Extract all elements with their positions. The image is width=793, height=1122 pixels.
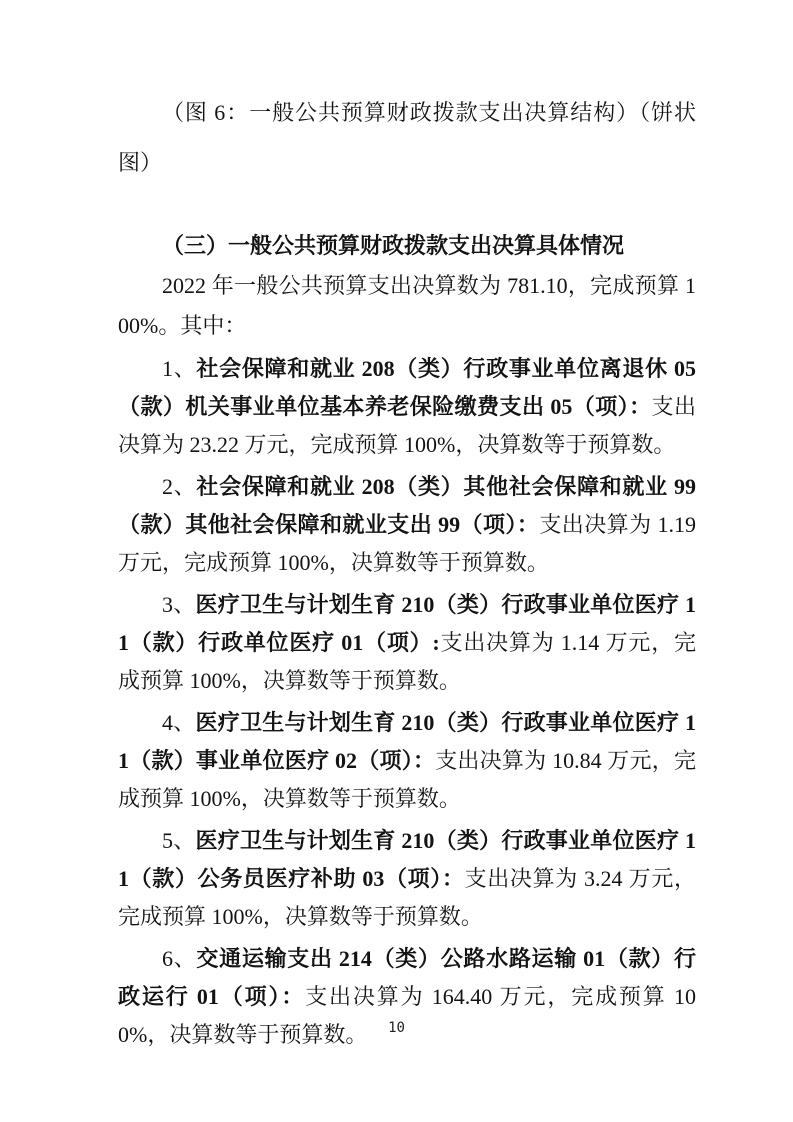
item-number: 2、 xyxy=(162,474,196,499)
list-item: 1、社会保障和就业 208（类）行政事业单位离退休 05（款）机关事业单位基本养… xyxy=(118,350,696,464)
list-item: 3、医疗卫生与计划生育 210（类）行政事业单位医疗 11（款）行政单位医疗 0… xyxy=(118,586,696,700)
item-number: 4、 xyxy=(162,710,195,735)
list-item: 5、医疗卫生与计划生育 210（类）行政事业单位医疗 11（款）公务员医疗补助 … xyxy=(118,822,696,936)
item-number: 3、 xyxy=(162,592,195,617)
intro-paragraph: 2022 年一般公共预算支出决算数为 781.10，完成预算 100%。其中： xyxy=(118,266,696,346)
list-item: 2、社会保障和就业 208（类）其他社会保障和就业 99（款）其他社会保障和就业… xyxy=(118,468,696,582)
item-number: 6、 xyxy=(162,946,196,971)
figure-caption: （图 6：一般公共预算财政拨款支出决算结构）（饼状图） xyxy=(118,88,696,188)
section-heading: （三）一般公共预算财政拨款支出决算具体情况 xyxy=(118,226,696,266)
item-number: 5、 xyxy=(162,828,195,853)
list-item: 6、交通运输支出 214（类）公路水路运输 01（款）行政运行 01（项）：支出… xyxy=(118,940,696,1054)
document-body: （图 6：一般公共预算财政拨款支出决算结构）（饼状图） （三）一般公共预算财政拨… xyxy=(118,88,696,1054)
item-number: 1、 xyxy=(162,356,196,381)
list-item: 4、医疗卫生与计划生育 210（类）行政事业单位医疗 11（款）事业单位医疗 0… xyxy=(118,704,696,818)
page-number: 10 xyxy=(0,1020,793,1036)
document-page: （图 6：一般公共预算财政拨款支出决算结构）（饼状图） （三）一般公共预算财政拨… xyxy=(0,0,793,1122)
item-category: 社会保障和就业 208（类）行政事业单位离退休 05（款）机关事业单位基本养老保… xyxy=(118,356,696,419)
